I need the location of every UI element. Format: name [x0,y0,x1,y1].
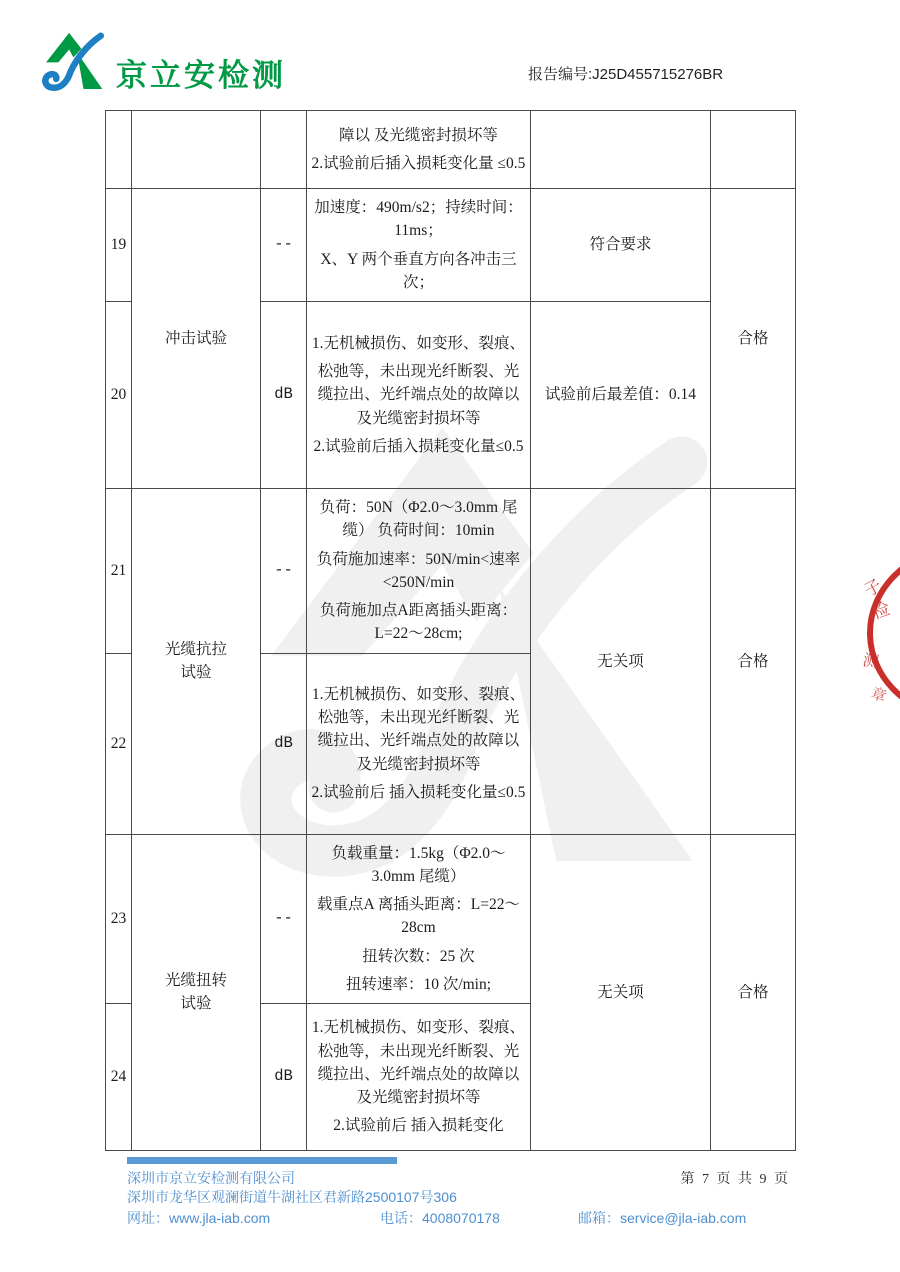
table-row-21: 21 光缆抗拉试验 -- 负荷：50N（Φ2.0～3.0mm 尾缆） 负荷时间：… [106,489,796,654]
test-name-label: 光缆抗拉试验 [163,638,228,685]
conclusion: 合格 [711,834,796,1151]
row-number: 21 [106,489,132,654]
test-name [132,111,261,189]
requirement: 1.无机械损伤、如变形、裂痕、松弛等，未出现光纤断裂、光 缆拉出、光纤端点处的故… [307,1004,531,1151]
svg-text:章: 章 [869,684,889,706]
result: 试验前后最差值：0.14 [531,302,711,489]
row-number [106,111,132,189]
row-number: 24 [106,1004,132,1151]
result: 符合要求 [531,189,711,302]
requirement: 1.无机械损伤、如变形、裂痕、松弛等，未出现光纤断裂、光 缆拉出、光纤端点处的故… [307,653,531,834]
footer-phone: 电话：4008070178 [380,1208,578,1228]
test-name: 光缆扭转试验 [132,834,261,1151]
conclusion [711,111,796,189]
row-number: 20 [106,302,132,489]
unit: -- [261,189,307,302]
requirement: 障以 及光缆密封损坏等2.试验前后插入损耗变化量 ≤0.5 [307,111,531,189]
footer-accent-bar [127,1157,397,1164]
footer-address: 深圳市龙华区观澜街道牛湖社区君新路2500107号306 [127,1187,457,1207]
unit [261,111,307,189]
report-number: 报告编号:J25D455715276BR [528,63,723,84]
footer-email: 邮箱：service@jla-iab.com [578,1208,795,1228]
requirement: 负荷：50N（Φ2.0～3.0mm 尾缆） 负荷时间：10min负荷施加速率：5… [307,489,531,654]
result [531,111,711,189]
row-number: 22 [106,653,132,834]
requirement: 加速度：490m/s2；持续时间：11ms；X、Y 两个垂直方向各冲击三次； [307,189,531,302]
row-number: 19 [106,189,132,302]
conclusion: 合格 [711,189,796,489]
table-row-carryover: 障以 及光缆密封损坏等2.试验前后插入损耗变化量 ≤0.5 [106,111,796,189]
unit: dB [261,653,307,834]
unit: -- [261,489,307,654]
table-row-19: 19 冲击试验 -- 加速度：490m/s2；持续时间：11ms；X、Y 两个垂… [106,189,796,302]
footer-contacts: 网址：www.jla-iab.com 电话：4008070178 邮箱：serv… [127,1208,795,1228]
result: 无关项 [531,489,711,835]
footer-website: 网址：www.jla-iab.com [127,1208,380,1228]
red-seal-stamp: 子 检 测 章 [854,545,900,720]
footer-company: 深圳市京立安检测有限公司 [127,1168,295,1188]
test-name-label: 冲击试验 [165,327,227,350]
brand-name: 京立安检测 [116,50,286,95]
test-name-label: 光缆扭转试验 [163,969,228,1016]
unit: -- [261,834,307,1004]
company-logo-icon [36,30,108,102]
test-name: 冲击试验 [132,189,261,489]
table-row-23: 23 光缆扭转试验 -- 负载重量：1.5kg（Φ2.0～3.0mm 尾缆）载重… [106,834,796,1004]
unit: dB [261,302,307,489]
unit: dB [261,1004,307,1151]
requirement: 负载重量：1.5kg（Φ2.0～3.0mm 尾缆）载重点A 离插头距离：L=22… [307,834,531,1004]
row-number: 23 [106,834,132,1004]
conclusion: 合格 [711,489,796,835]
result: 无关项 [531,834,711,1151]
requirement: 1.无机械损伤、如变形、裂痕、松弛等，未出现光纤断裂、光 缆拉出、光纤端点处的故… [307,302,531,489]
svg-text:测: 测 [861,651,880,672]
page-indicator: 第 7 页 共 9 页 [640,1168,790,1188]
test-name: 光缆抗拉试验 [132,489,261,835]
test-results-table: 障以 及光缆密封损坏等2.试验前后插入损耗变化量 ≤0.5 19 冲击试验 --… [105,110,796,1151]
